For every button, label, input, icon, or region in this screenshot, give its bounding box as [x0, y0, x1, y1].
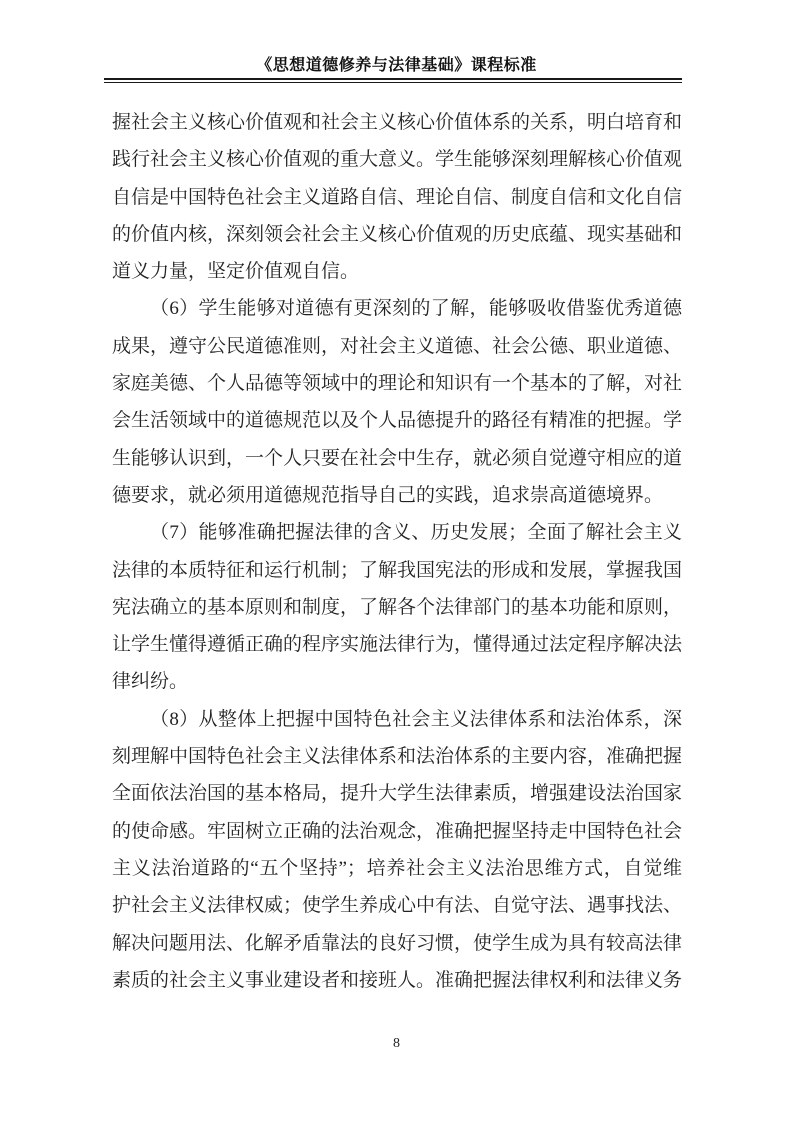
text-line: 宪法确立的基本原则和制度，了解各个法律部门的基本功能和原则， [112, 589, 682, 626]
text-line: （6）学生能够对道德有更深刻的了解，能够吸收借鉴优秀道德 [112, 290, 682, 327]
text-line: 道义力量，坚定价值观自信。 [112, 253, 682, 290]
page-header-title: 《思想道德修养与法律基础》课程标准 [0, 52, 793, 75]
text-line: 的使命感。牢固树立正确的法治观念，准确把握坚持走中国特色社会 [112, 813, 682, 850]
document-page: 《思想道德修养与法律基础》课程标准 握社会主义核心价值观和社会主义核心价值体系的… [0, 0, 793, 1122]
paragraph-continuation: 握社会主义核心价值观和社会主义核心价值体系的关系，明白培育和 践行社会主义核心价… [112, 104, 682, 290]
header-rule-thin-line [104, 82, 682, 83]
text-line: （8）从整体上把握中国特色社会主义法律体系和法治体系，深 [112, 701, 682, 738]
text-line: 会生活领域中的道德规范以及个人品德提升的路径有精准的把握。学 [112, 402, 682, 439]
text-line: 素质的社会主义事业建设者和接班人。准确把握法律权利和法律义务 [112, 962, 682, 999]
header-rule-thick-line [104, 78, 682, 80]
page-number: 8 [0, 1036, 793, 1052]
text-line: 握社会主义核心价值观和社会主义核心价值体系的关系，明白培育和 [112, 104, 682, 141]
text-line: （7）能够准确把握法律的含义、历史发展；全面了解社会主义 [112, 514, 682, 551]
text-line: 律纠纷。 [112, 663, 682, 700]
paragraph-item-7: （7）能够准确把握法律的含义、历史发展；全面了解社会主义 法律的本质特征和运行机… [112, 514, 682, 700]
text-line: 护社会主义法律权威；使学生养成心中有法、自觉守法、遇事找法、 [112, 887, 682, 924]
text-line: 法律的本质特征和运行机制；了解我国宪法的形成和发展，掌握我国 [112, 552, 682, 589]
text-line: 全面依法治国的基本格局，提升大学生法律素质，增强建设法治国家 [112, 775, 682, 812]
text-line: 刻理解中国特色社会主义法律体系和法治体系的主要内容，准确把握 [112, 738, 682, 775]
header-double-rule [104, 78, 682, 84]
text-line: 的价值内核，深刻领会社会主义核心价值观的历史底蕴、现实基础和 [112, 216, 682, 253]
document-body: 握社会主义核心价值观和社会主义核心价值体系的关系，明白培育和 践行社会主义核心价… [112, 104, 682, 999]
paragraph-item-6: （6）学生能够对道德有更深刻的了解，能够吸收借鉴优秀道德 成果，遵守公民道德准则… [112, 290, 682, 514]
text-line: 家庭美德、个人品德等领域中的理论和知识有一个基本的了解，对社 [112, 365, 682, 402]
text-line: 践行社会主义核心价值观的重大意义。学生能够深刻理解核心价值观 [112, 141, 682, 178]
text-line: 让学生懂得遵循正确的程序实施法律行为，懂得通过法定程序解决法 [112, 626, 682, 663]
text-line: 生能够认识到，一个人只要在社会中生存，就必须自觉遵守相应的道 [112, 440, 682, 477]
text-line: 成果，遵守公民道德准则，对社会主义道德、社会公德、职业道德、 [112, 328, 682, 365]
text-line: 自信是中国特色社会主义道路自信、理论自信、制度自信和文化自信 [112, 179, 682, 216]
paragraph-item-8: （8）从整体上把握中国特色社会主义法律体系和法治体系，深 刻理解中国特色社会主义… [112, 701, 682, 999]
text-line: 主义法治道路的“五个坚持”；培养社会主义法治思维方式，自觉维 [112, 850, 682, 887]
text-line: 解决问题用法、化解矛盾靠法的良好习惯，使学生成为具有较高法律 [112, 925, 682, 962]
text-line: 德要求，就必须用道德规范指导自己的实践，追求崇高道德境界。 [112, 477, 682, 514]
